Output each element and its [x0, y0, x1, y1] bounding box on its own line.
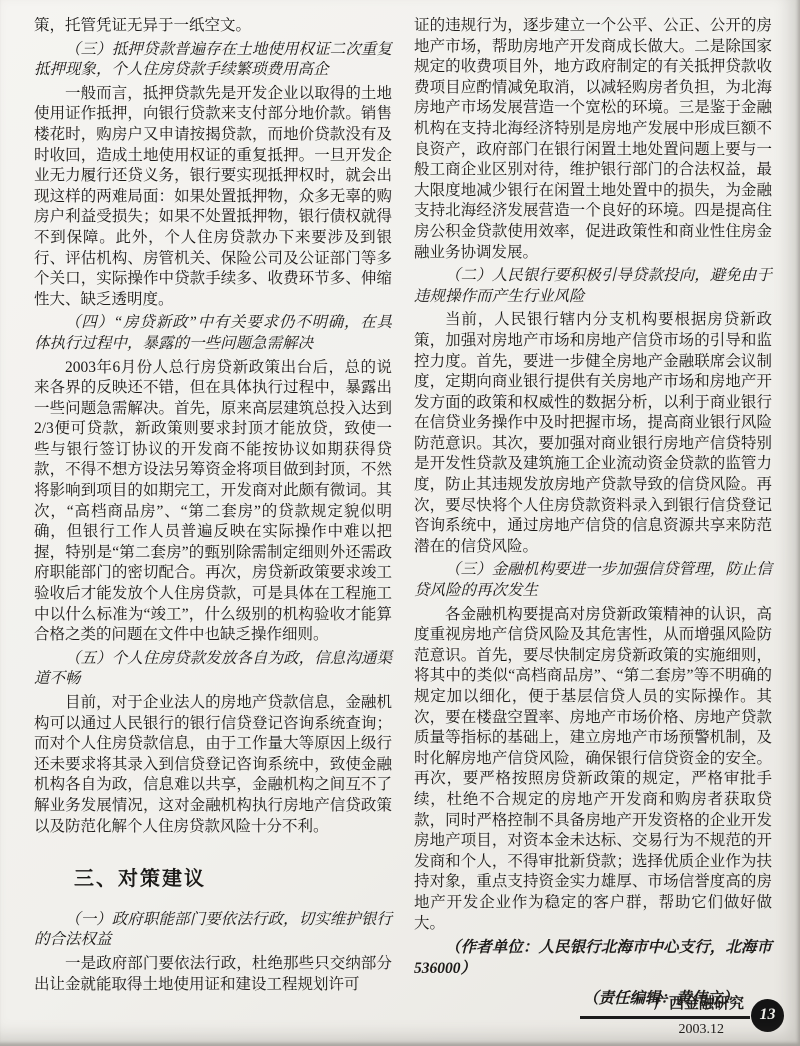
paragraph: 2003年6月份人总行房贷新政策出台后，总的说来各界的反映还不错，但在具体执行过…	[34, 358, 392, 646]
paragraph: 一般而言，抵押贷款先是开发企业以取得的土地使用证作抵押，向银行贷款来支付部分地价…	[34, 84, 392, 311]
left-column: 策，托管凭证无异于一纸空文。 （三）抵押贷款普遍存在土地使用权证二次重复抵押现象…	[34, 16, 392, 1010]
paragraph: 当前，人民银行辖内分支机构要根据房贷新政策，加强对房地产市场和房地产信贷市场的引…	[414, 310, 772, 557]
subheading-5: （五）个人住房贷款发放各自为政，信息沟通渠道不畅	[34, 649, 392, 690]
subheading-3: （三）抵押贷款普遍存在土地使用权证二次重复抵押现象，个人住房贷款手续繁琐费用高企	[34, 40, 392, 81]
subheading-3-right: （三）金融机构要进一步加强信贷管理，防止信贷风险的再次发生	[414, 560, 772, 601]
right-column: 证的违规行为，逐步建立一个公平、公正、公开的房地产市场，帮助房地产开发商成长做大…	[414, 16, 772, 1010]
two-column-layout: 策，托管凭证无异于一纸空文。 （三）抵押贷款普遍存在土地使用权证二次重复抵押现象…	[34, 16, 772, 1010]
page-number-badge: 13	[751, 999, 784, 1032]
paragraph-continuation: 策，托管凭证无异于一纸空文。	[34, 16, 392, 37]
subheading-1: （一）政府职能部门要依法行政，切实维护银行的合法权益	[34, 910, 392, 951]
journal-issue: 2003.12	[580, 1019, 750, 1038]
journal-footer-text: 广西金融研究 2003.12	[580, 992, 750, 1038]
paragraph: 各金融机构要提高对房贷新政策精神的认识，高度重视房地产信贷风险及其危害性，从而增…	[414, 605, 772, 935]
journal-name: 广西金融研究	[580, 992, 750, 1019]
subheading-2: （二）人民银行要积极引导贷款投向，避免由于违规操作而产生行业风险	[414, 266, 772, 307]
paragraph-continuation: 证的违规行为，逐步建立一个公平、公正、公开的房地产市场，帮助房地产开发商成长做大…	[414, 16, 772, 263]
journal-footer: 广西金融研究 2003.12 13	[580, 992, 784, 1038]
paragraph: 目前，对于企业法人的房地产贷款信息，金融机构可以通过人民银行的银行信贷登记咨询系…	[34, 693, 392, 837]
author-affiliation: （作者单位：人民银行北海市中心支行，北海市536000）	[414, 938, 772, 979]
subheading-4: （四）“房贷新政”中有关要求仍不明确，在具体执行过程中，暴露的一些问题急需解决	[34, 313, 392, 354]
scanned-document-page: 策，托管凭证无异于一纸空文。 （三）抵押贷款普遍存在土地使用权证二次重复抵押现象…	[0, 0, 800, 1046]
section-heading: 三、对策建议	[34, 869, 392, 890]
paragraph: 一是政府部门要依法行政，杜绝那些只交纳部分出让金就能取得土地使用证和建设工程规划…	[34, 954, 392, 995]
